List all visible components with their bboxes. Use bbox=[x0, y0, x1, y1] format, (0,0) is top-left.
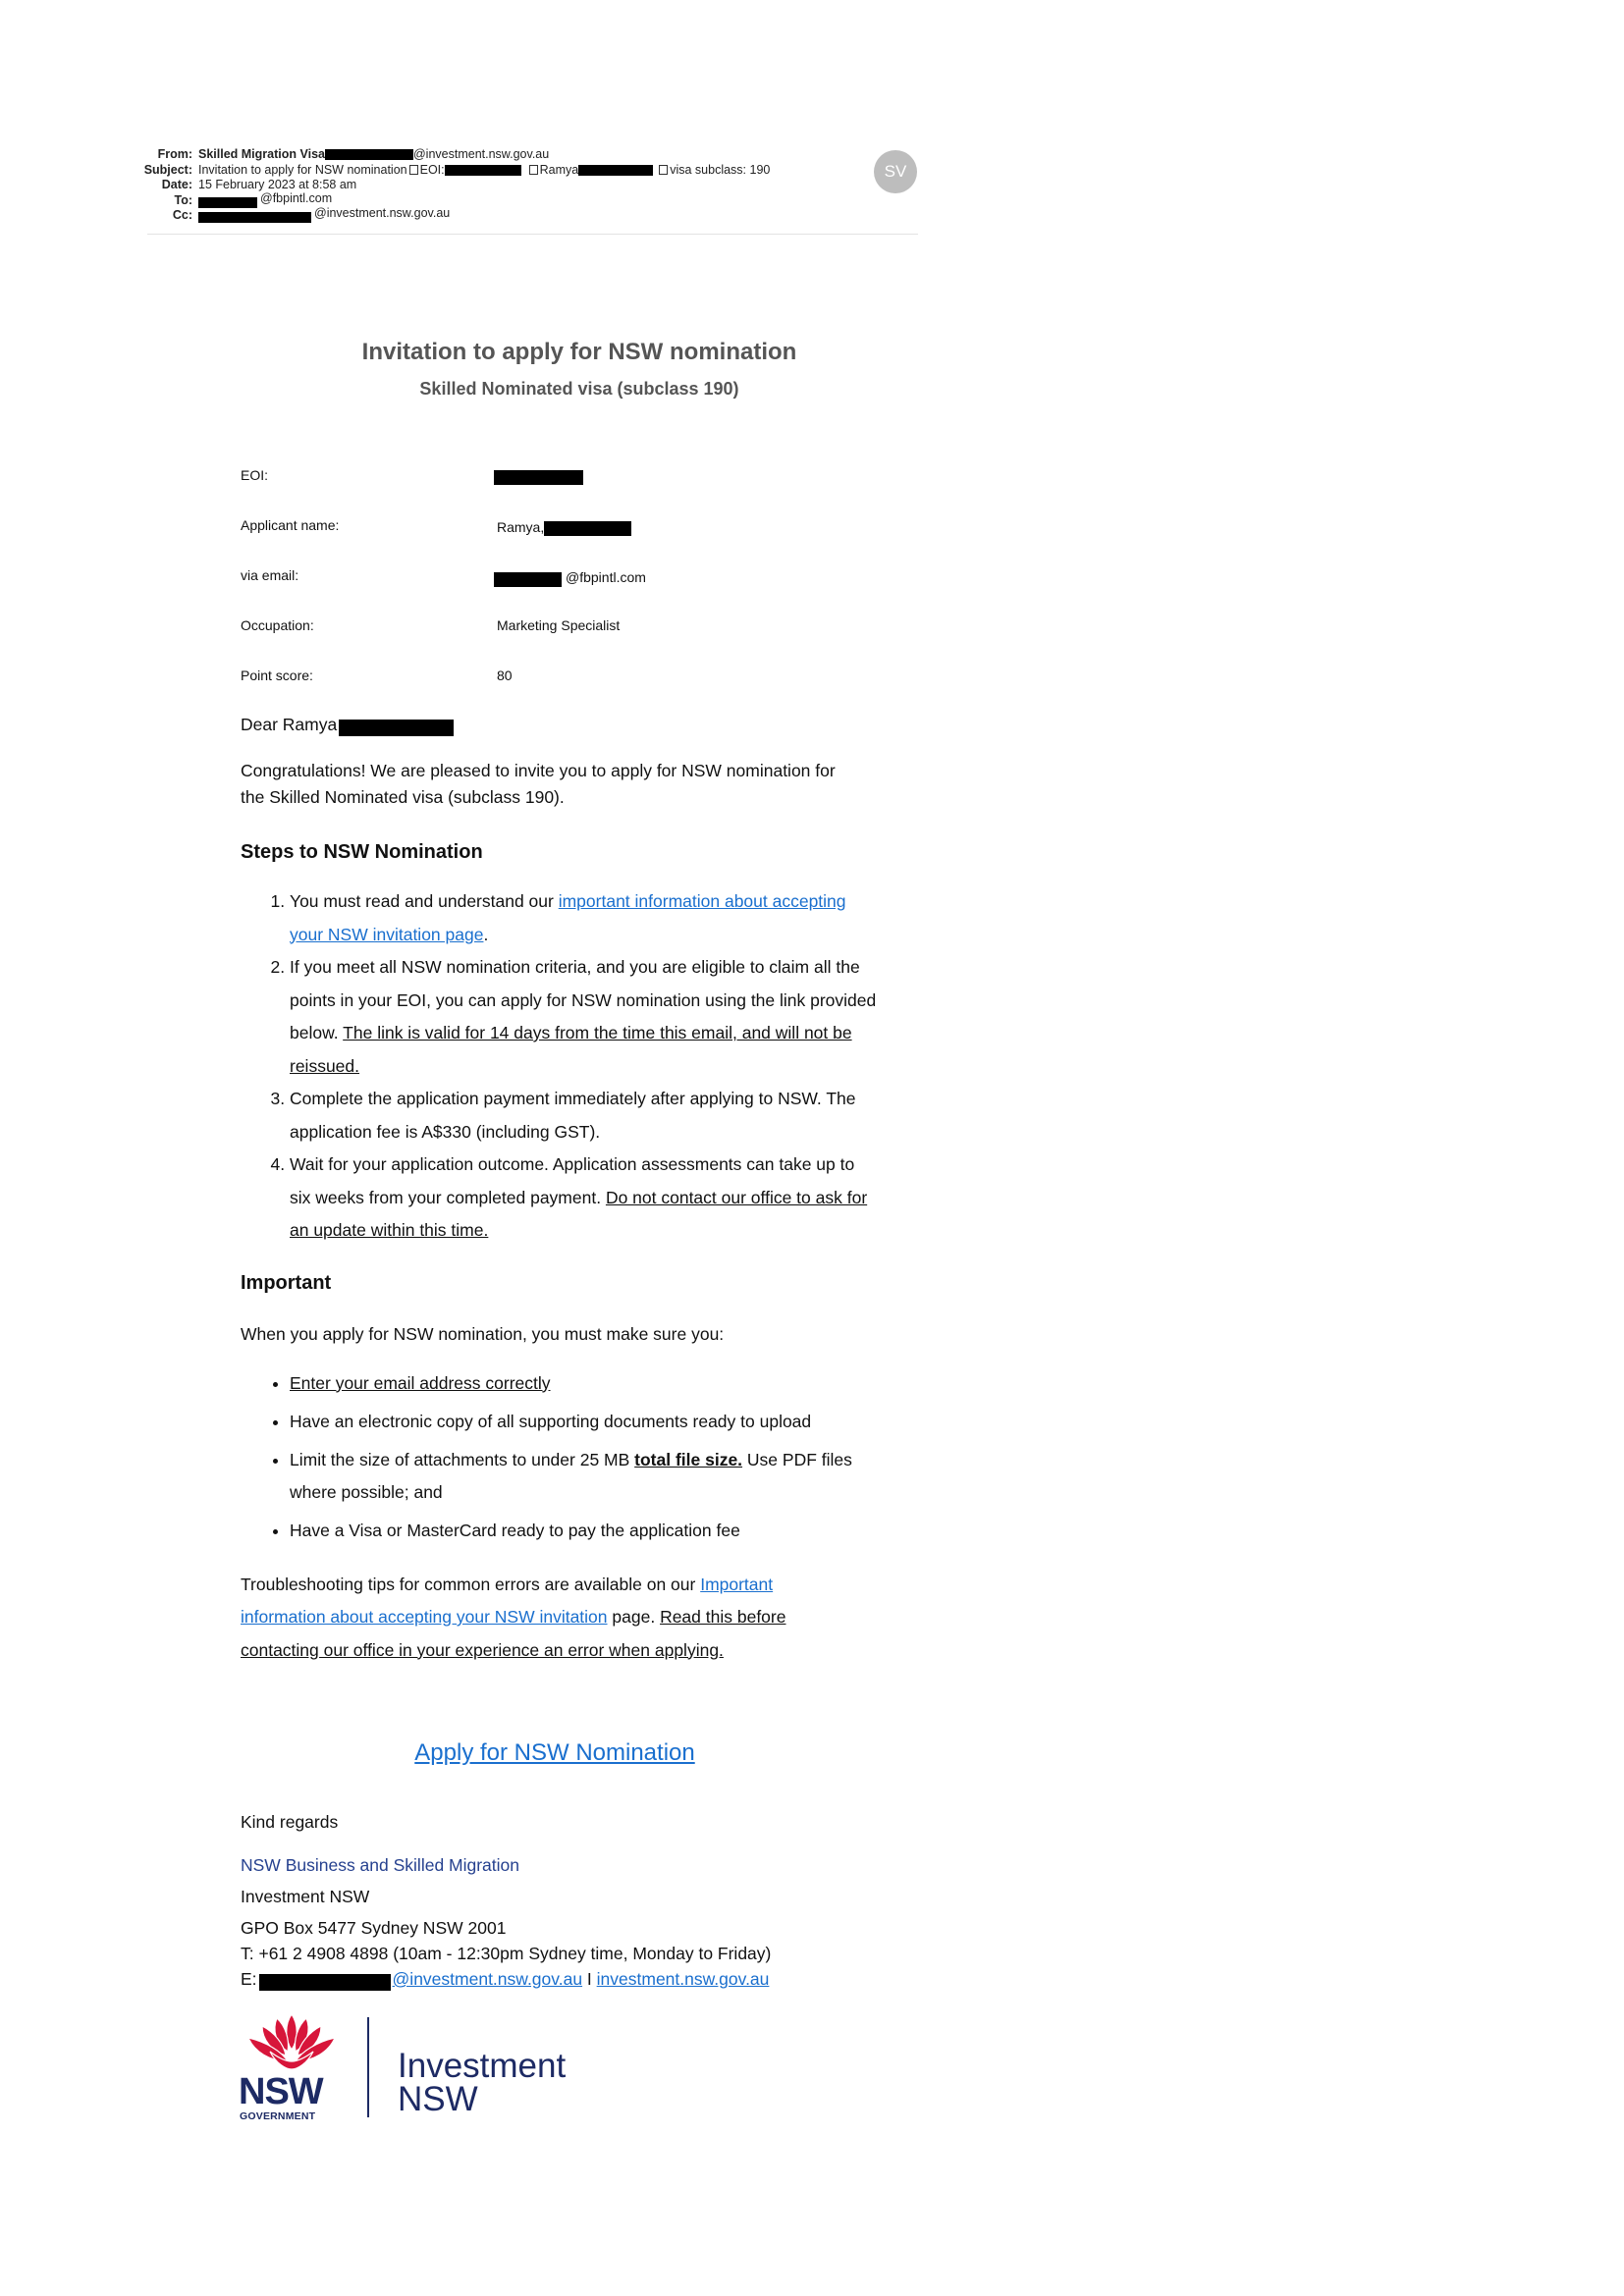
troubleshooting-paragraph: Troubleshooting tips for common errors a… bbox=[241, 1569, 849, 1668]
salutation: Dear Ramya bbox=[241, 711, 879, 738]
email-header: From: Skilled Migration Visa @investment… bbox=[137, 147, 918, 224]
info-value: @fbpintl.com bbox=[566, 569, 646, 585]
apply-for-nomination-link[interactable]: Apply for NSW Nomination bbox=[0, 1739, 1110, 1767]
signature-org: NSW Business and Skilled Migration bbox=[241, 1852, 771, 1878]
link-validity-notice: The link is valid for 14 days from the t… bbox=[290, 1023, 852, 1076]
step-item: You must read and understand our importa… bbox=[290, 885, 879, 951]
subject-row: Subject: Invitation to apply for NSW nom… bbox=[137, 163, 918, 179]
step-item: Wait for your application outcome. Appli… bbox=[290, 1148, 879, 1248]
info-label: EOI: bbox=[241, 467, 268, 483]
step-item: If you meet all NSW nomination criteria,… bbox=[290, 951, 879, 1083]
avatar-initials: SV bbox=[885, 162, 907, 182]
info-label: Point score: bbox=[241, 667, 313, 683]
redacted-block bbox=[578, 165, 653, 176]
redacted-block bbox=[259, 1974, 391, 1991]
date-label: Date: bbox=[137, 178, 198, 193]
separator-glyph-icon bbox=[409, 165, 418, 175]
redacted-block bbox=[494, 572, 562, 587]
info-label: Applicant name: bbox=[241, 517, 339, 533]
header-divider bbox=[147, 234, 918, 235]
requirement-item: Enter your email address correctly bbox=[290, 1367, 879, 1400]
requirement-item: Have a Visa or MasterCard ready to pay t… bbox=[290, 1515, 879, 1547]
redacted-block bbox=[445, 165, 521, 176]
requirement-item: Have an electronic copy of all supportin… bbox=[290, 1406, 879, 1438]
cc-domain[interactable]: @investment.nsw.gov.au bbox=[314, 206, 450, 222]
info-value: 80 bbox=[497, 667, 513, 683]
investment-nsw-wordmark: Investment NSW bbox=[398, 2050, 566, 2116]
recipient-domain[interactable]: @fbpintl.com bbox=[260, 191, 332, 207]
info-label: via email: bbox=[241, 567, 298, 583]
redacted-block bbox=[325, 149, 413, 160]
requirements-list: Enter your email address correctly Have … bbox=[241, 1367, 879, 1547]
steps-heading: Steps to NSW Nomination bbox=[241, 838, 879, 866]
salutation-text: Dear Ramya bbox=[241, 711, 337, 738]
email-body: Dear Ramya Congratulations! We are pleas… bbox=[241, 711, 879, 1667]
info-label: Occupation: bbox=[241, 617, 314, 633]
investment-nsw-logo: NSW GOVERNMENT Investment NSW bbox=[239, 2012, 612, 2120]
sign-off: Kind regards bbox=[241, 1809, 771, 1835]
nsw-wordmark: NSW bbox=[239, 2071, 323, 2113]
from-row: From: Skilled Migration Visa @investment… bbox=[137, 147, 918, 163]
cc-row: Cc: @investment.nsw.gov.au bbox=[137, 208, 918, 224]
subject-eoi: EOI: bbox=[420, 163, 445, 179]
waratah-icon bbox=[243, 2012, 341, 2071]
signature-block: Kind regards NSW Business and Skilled Mi… bbox=[241, 1809, 771, 1992]
separator-glyph-icon bbox=[659, 165, 668, 175]
signature-phone: T: +61 2 4908 4898 (10am - 12:30pm Sydne… bbox=[241, 1941, 771, 1966]
page-subtitle: Skilled Nominated visa (subclass 190) bbox=[0, 379, 1159, 400]
signature-dept: Investment NSW bbox=[241, 1884, 771, 1909]
info-row-occupation: Occupation: Marketing Specialist bbox=[241, 617, 830, 667]
signature-email: E: @investment.nsw.gov.au I investment.n… bbox=[241, 1966, 771, 1992]
steps-list: You must read and understand our importa… bbox=[241, 885, 879, 1248]
redacted-block bbox=[339, 720, 454, 736]
from-label: From: bbox=[137, 147, 198, 163]
redacted-block bbox=[198, 212, 311, 223]
step-item: Complete the application payment immedia… bbox=[290, 1083, 879, 1148]
subject-visa: visa subclass: 190 bbox=[670, 163, 770, 179]
date-row: Date: 15 February 2023 at 8:58 am bbox=[137, 178, 918, 193]
redacted-block bbox=[198, 197, 257, 208]
info-value: Ramya, bbox=[497, 519, 544, 535]
government-wordmark: GOVERNMENT bbox=[240, 2110, 315, 2122]
redacted-block bbox=[544, 521, 631, 536]
subject-label: Subject: bbox=[137, 163, 198, 179]
sender-avatar: SV bbox=[874, 150, 917, 193]
subject-name: Ramya bbox=[540, 163, 579, 179]
info-value: Marketing Specialist bbox=[497, 617, 620, 633]
subject-text: Invitation to apply for NSW nomination bbox=[198, 163, 407, 179]
requirement-item: Limit the size of attachments to under 2… bbox=[290, 1444, 879, 1509]
to-label: To: bbox=[137, 193, 198, 209]
separator-glyph-icon bbox=[529, 165, 538, 175]
to-row: To: @fbpintl.com bbox=[137, 193, 918, 209]
redacted-block bbox=[494, 470, 583, 485]
logo-divider bbox=[367, 2017, 369, 2117]
website-link[interactable]: investment.nsw.gov.au bbox=[597, 1966, 770, 1992]
sender-domain[interactable]: @investment.nsw.gov.au bbox=[413, 147, 549, 163]
important-heading: Important bbox=[241, 1269, 879, 1297]
email-domain-link[interactable]: @investment.nsw.gov.au bbox=[393, 1966, 583, 1992]
important-intro: When you apply for NSW nomination, you m… bbox=[241, 1320, 879, 1348]
info-row-applicant-name: Applicant name: Ramya, bbox=[241, 517, 830, 567]
sender-name: Skilled Migration Visa bbox=[198, 147, 325, 163]
cc-label: Cc: bbox=[137, 208, 198, 224]
applicant-info-table: EOI: Applicant name: Ramya, via email: @… bbox=[241, 467, 830, 718]
congratulations-paragraph: Congratulations! We are pleased to invit… bbox=[241, 758, 859, 811]
page-title: Invitation to apply for NSW nomination bbox=[0, 339, 1159, 366]
info-row-eoi: EOI: bbox=[241, 467, 830, 517]
signature-address: GPO Box 5477 Sydney NSW 2001 bbox=[241, 1915, 771, 1941]
info-row-email: via email: @fbpintl.com bbox=[241, 567, 830, 617]
